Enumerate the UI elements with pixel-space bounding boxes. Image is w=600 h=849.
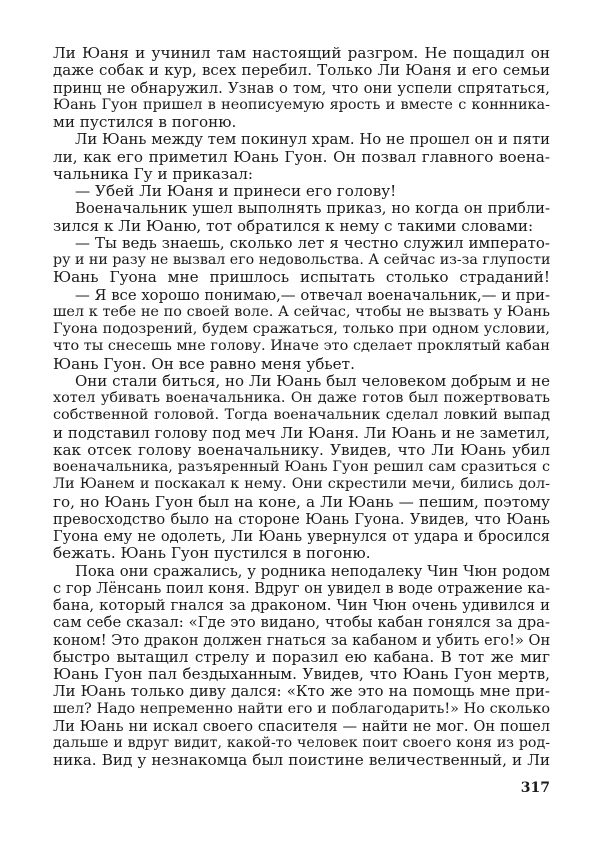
text-line: шел к тебе не по своей воле. А сейчас, ч… [53,304,550,321]
text-line: Юань Гуон. Он все равно меня убьет. [53,356,550,373]
text-line: Они стали биться, но Ли Юань был человек… [53,373,550,390]
text-line: бежать. Юань Гуон пустился в погоню. [53,545,550,562]
text-line: сам себе сказал: «Где это видано, чтобы … [53,614,550,631]
text-line: Юань Гуон пришел в неописуемую ярость и … [53,97,550,114]
text-line: Ли Юань ни искал своего спасителя — найт… [53,718,550,735]
text-line: чальника Гу и приказал: [53,166,550,183]
text-line: Ли Юаня и учинил там настоящий разгром. … [53,45,550,62]
text-line: и подставил голову под меч Ли Юаня. Ли Ю… [53,425,550,442]
text-line: принц не обнаружил. Узнав о том, что они… [53,80,550,97]
text-line: даже собак и кур, всех перебил. Только Л… [53,62,550,79]
text-line: хотел убивать военачальника. Он даже гот… [53,390,550,407]
text-line: Пока они сражались, у родника неподалеку… [53,563,550,580]
text-line: шел? Надо непременно найти его и поблаго… [53,701,550,718]
text-line: быстро вытащил стрелу и поразил ею кабан… [53,649,550,666]
text-line: — Убей Ли Юаня и принеси его голову! [53,183,550,200]
text-line: Ли Юанем и поскакал к нему. Они скрестил… [53,476,550,493]
text-line: — Я все хорошо понимаю,— отвечал военача… [53,287,550,304]
page-number: 317 [520,780,550,796]
text-line: с гор Лёнсань поил коня. Вдруг он увидел… [53,580,550,597]
text-line: ми пустился в погоню. [53,114,550,131]
text-line: Юань Гуон пал бездыханным. Увидев, что Ю… [53,666,550,683]
text-line: Военачальник ушел выполнять приказ, но к… [53,200,550,217]
book-page-body: Ли Юаня и учинил там настоящий разгром. … [53,45,550,770]
text-line: военачальника, разъяренный Юань Гуон реш… [53,459,550,476]
text-line: собственной головой. Тогда военачальник … [53,407,550,424]
text-line: го, но Юань Гуон был на коне, а Ли Юань … [53,494,550,511]
text-line: Юань Гуона мне пришлось испытать столько… [53,269,550,286]
text-line: Ли Юань между тем покинул храм. Но не пр… [53,131,550,148]
text-line: коном! Это дракон должен гнаться за каба… [53,632,550,649]
text-line: Гуона подозрений, будем сражаться, тольк… [53,321,550,338]
text-line: ника. Вид у незнакомца был поистине вели… [53,752,550,769]
text-line: что ты снесешь мне голову. Иначе это сде… [53,338,550,355]
text-line: бана, который гнался за драконом. Чин Чю… [53,597,550,614]
text-line: ли, как его приметил Юань Гуон. Он позва… [53,149,550,166]
text-line: превосходство было на стороне Юань Гуона… [53,511,550,528]
text-line: Ли Юань только диву дался: «Кто же это н… [53,683,550,700]
text-line: Гуона ему не одолеть, Ли Юань увернулся … [53,528,550,545]
text-line: ру и ни разу не вызвал его недовольства.… [53,252,550,269]
text-line: зился к Ли Юаню, тот обратился к нему с … [53,218,550,235]
text-line: — Ты ведь знаешь, сколько лет я честно с… [53,235,550,252]
text-line: дальше и вдруг видит, какой-то человек п… [53,735,550,752]
text-line: как отсек голову военачальнику. Увидев, … [53,442,550,459]
